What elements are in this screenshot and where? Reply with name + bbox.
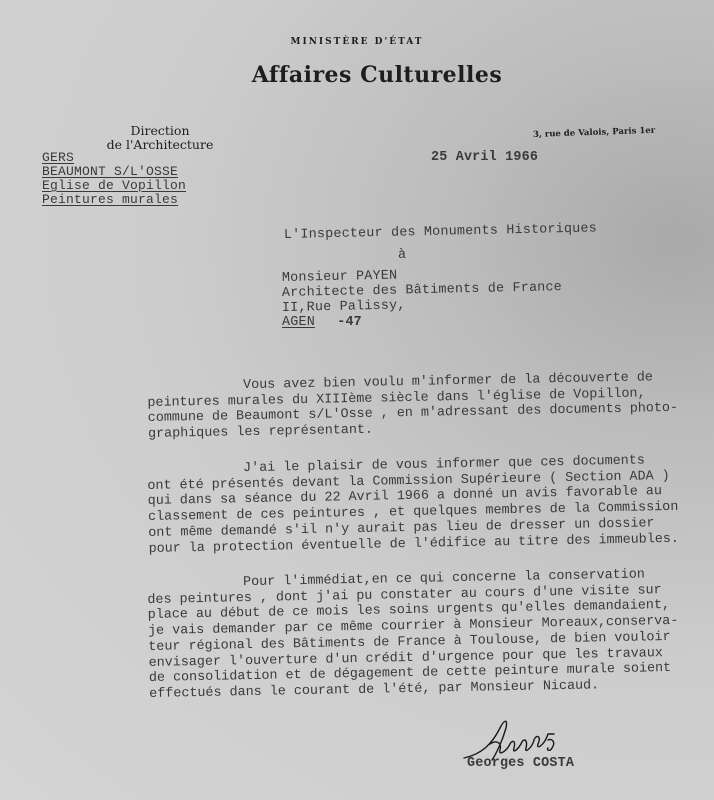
paragraph-3: Pour l'immédiat,en ce qui concerne la co…	[147, 567, 680, 703]
reference-line-2: BEAUMONT S/L'OSSE	[42, 165, 178, 179]
reference-line-1: GERS	[42, 151, 74, 165]
paragraph-2: J'ai le plaisir de vous informer que ces…	[147, 453, 679, 557]
reference-line-3: Eglise de Vopillon	[42, 179, 186, 193]
letter-page: MINISTÈRE D'ÉTAT Affaires Culturelles Di…	[0, 0, 714, 800]
ministry-heading: MINISTÈRE D'ÉTAT	[0, 37, 714, 47]
sender-title: L'Inspecteur des Monuments Historiques	[284, 221, 597, 243]
recipient-street: II,Rue Palissy,	[282, 298, 406, 316]
department-heading: Affaires Culturelles	[0, 62, 714, 88]
direction-line-2: de l'Architecture	[85, 138, 235, 152]
recipient-dept: -47	[337, 315, 362, 330]
signatory-name: Georges COSTA	[467, 756, 574, 771]
direction-line-1: Direction	[85, 124, 235, 138]
direction-block: Direction de l'Architecture	[85, 124, 235, 152]
reference-line-4: Peintures murales	[42, 193, 178, 207]
recipient-city: AGEN	[282, 315, 315, 330]
letter-date: 25 Avril 1966	[431, 150, 538, 165]
paragraph-1: Vous avez bien voulu m'informer de la dé…	[147, 370, 678, 443]
addressed-to: à	[398, 248, 406, 263]
letterhead-address: 3, rue de Valois, Paris 1er	[533, 126, 656, 140]
recipient-city-line: AGEN -47	[282, 315, 362, 330]
